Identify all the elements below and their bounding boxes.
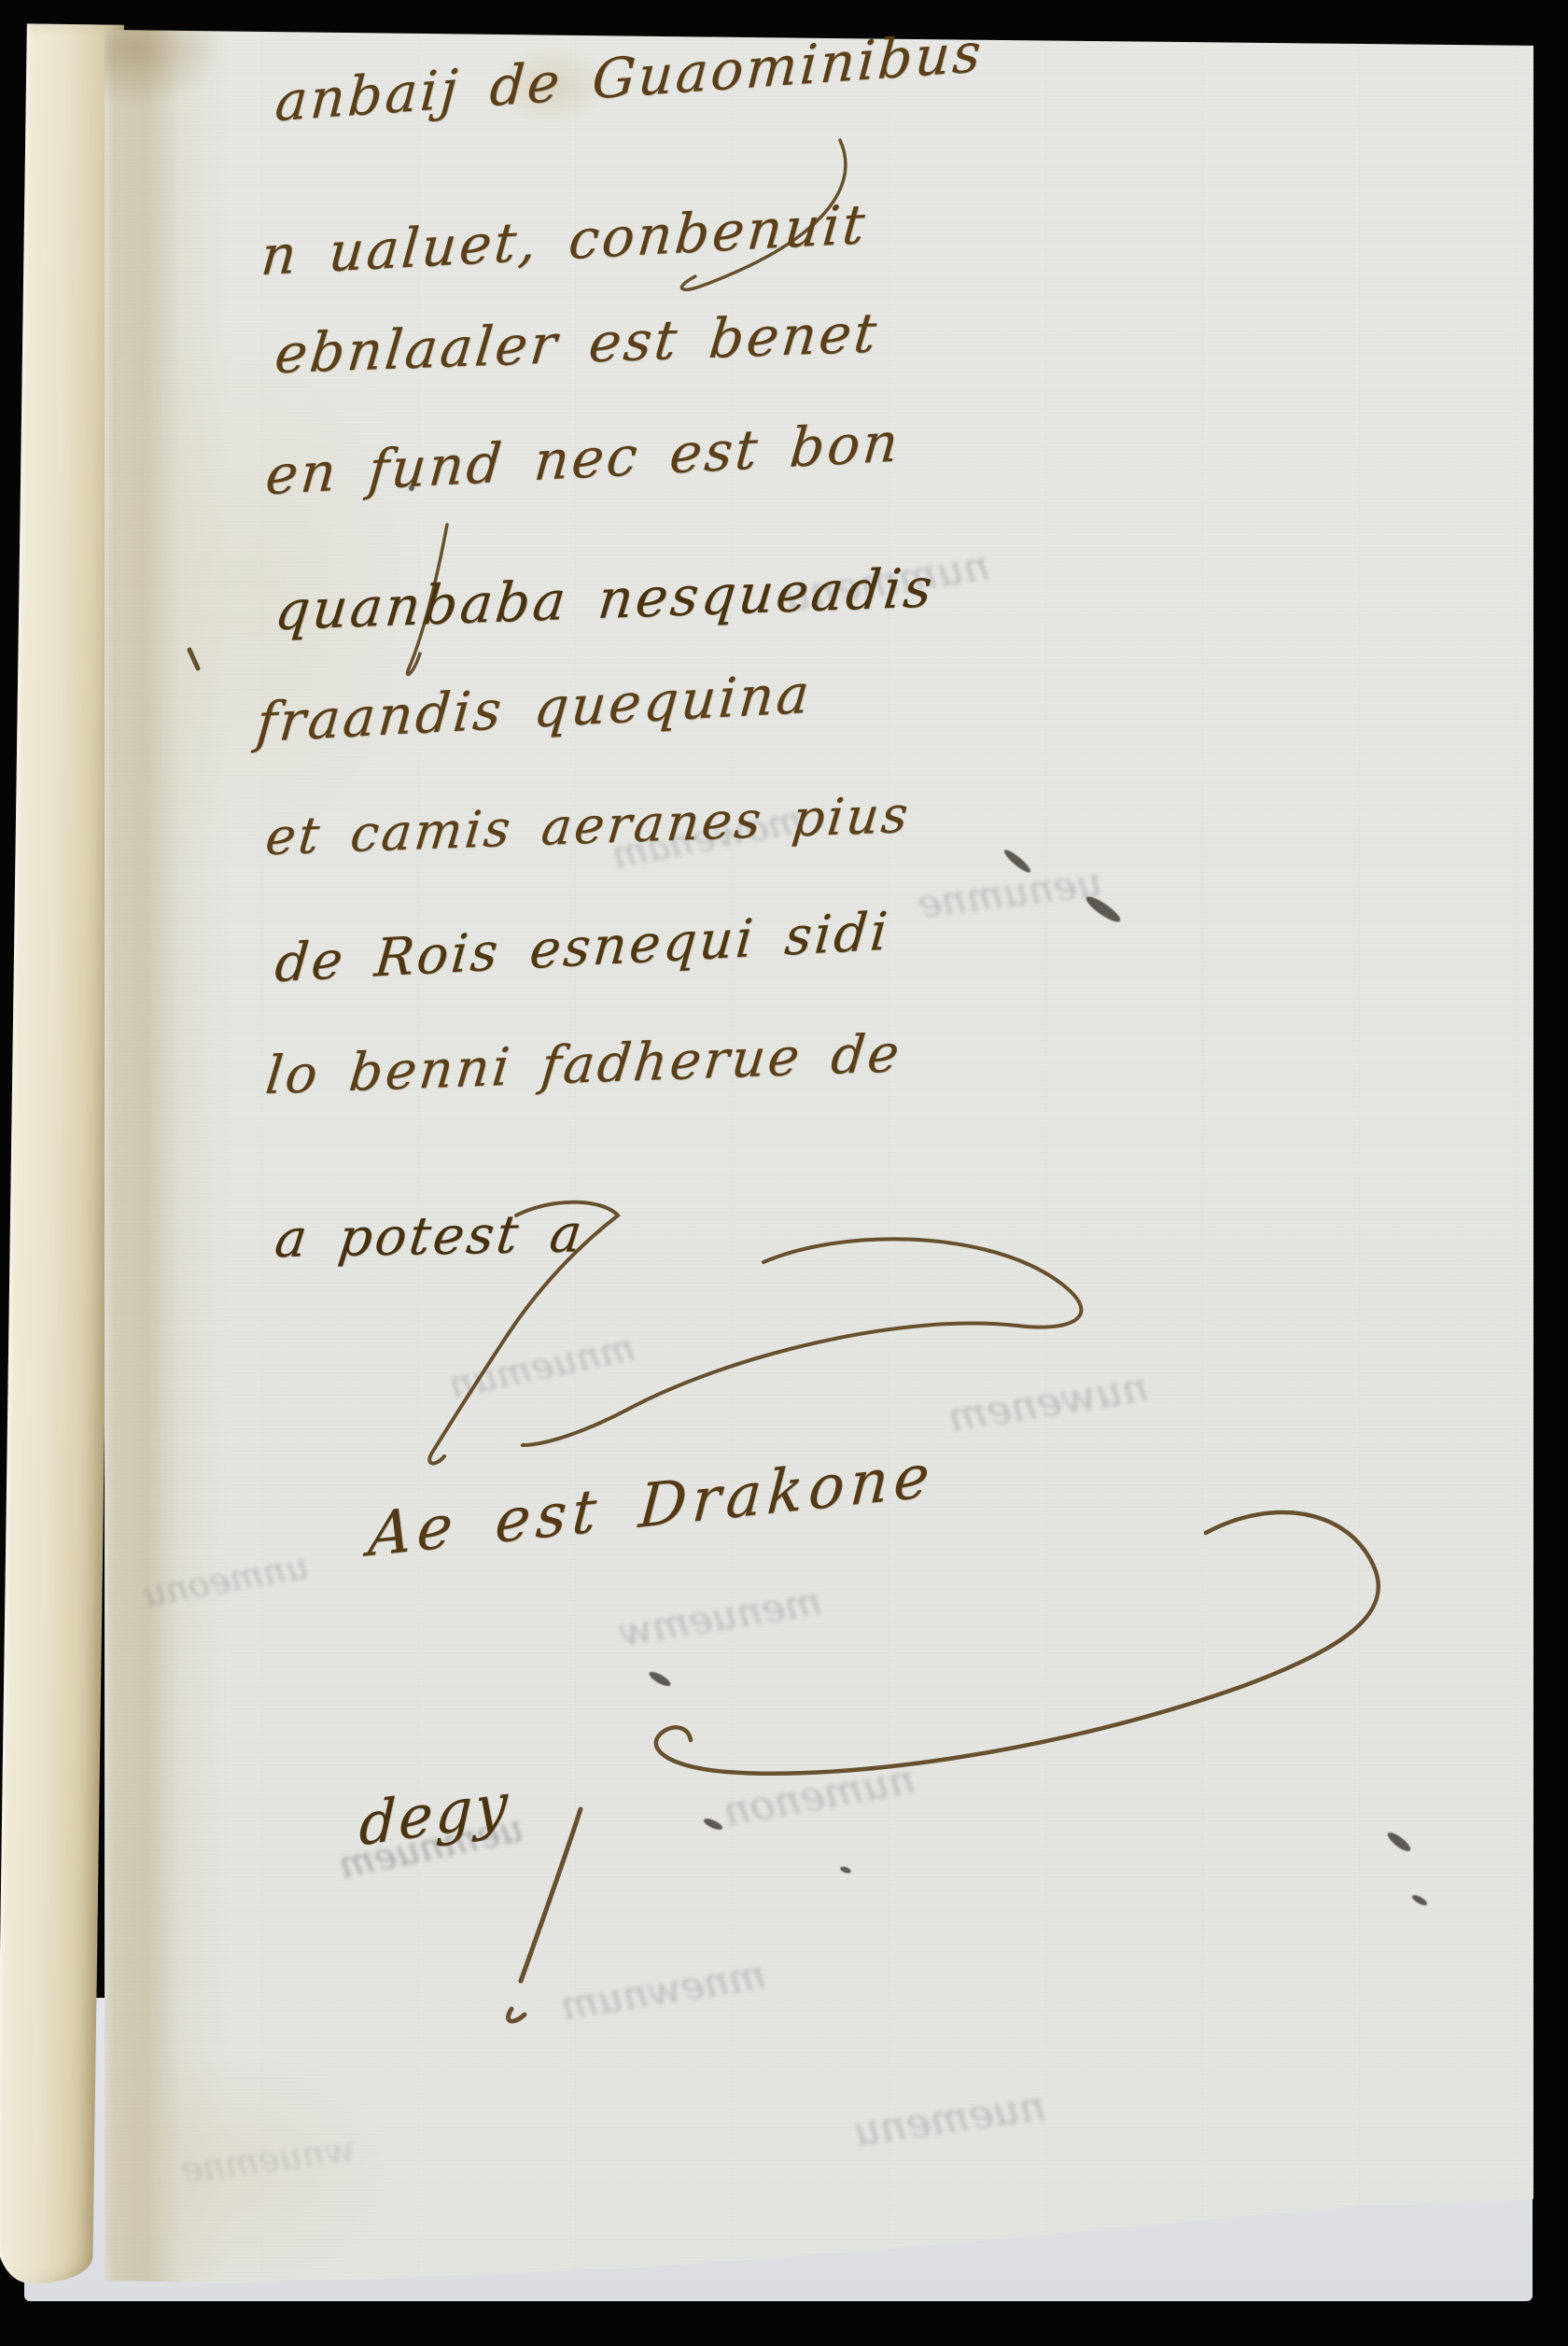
manuscript-line: a potest a bbox=[272, 1203, 588, 1270]
flourish-margin-tick bbox=[189, 650, 198, 668]
manuscript-photo: { "photo": { "colors": { "background": "… bbox=[0, 0, 1568, 2346]
flourish-loop-tail bbox=[523, 1239, 1081, 1445]
docket-tail bbox=[509, 1809, 581, 2021]
signature-swash bbox=[656, 1512, 1379, 1774]
